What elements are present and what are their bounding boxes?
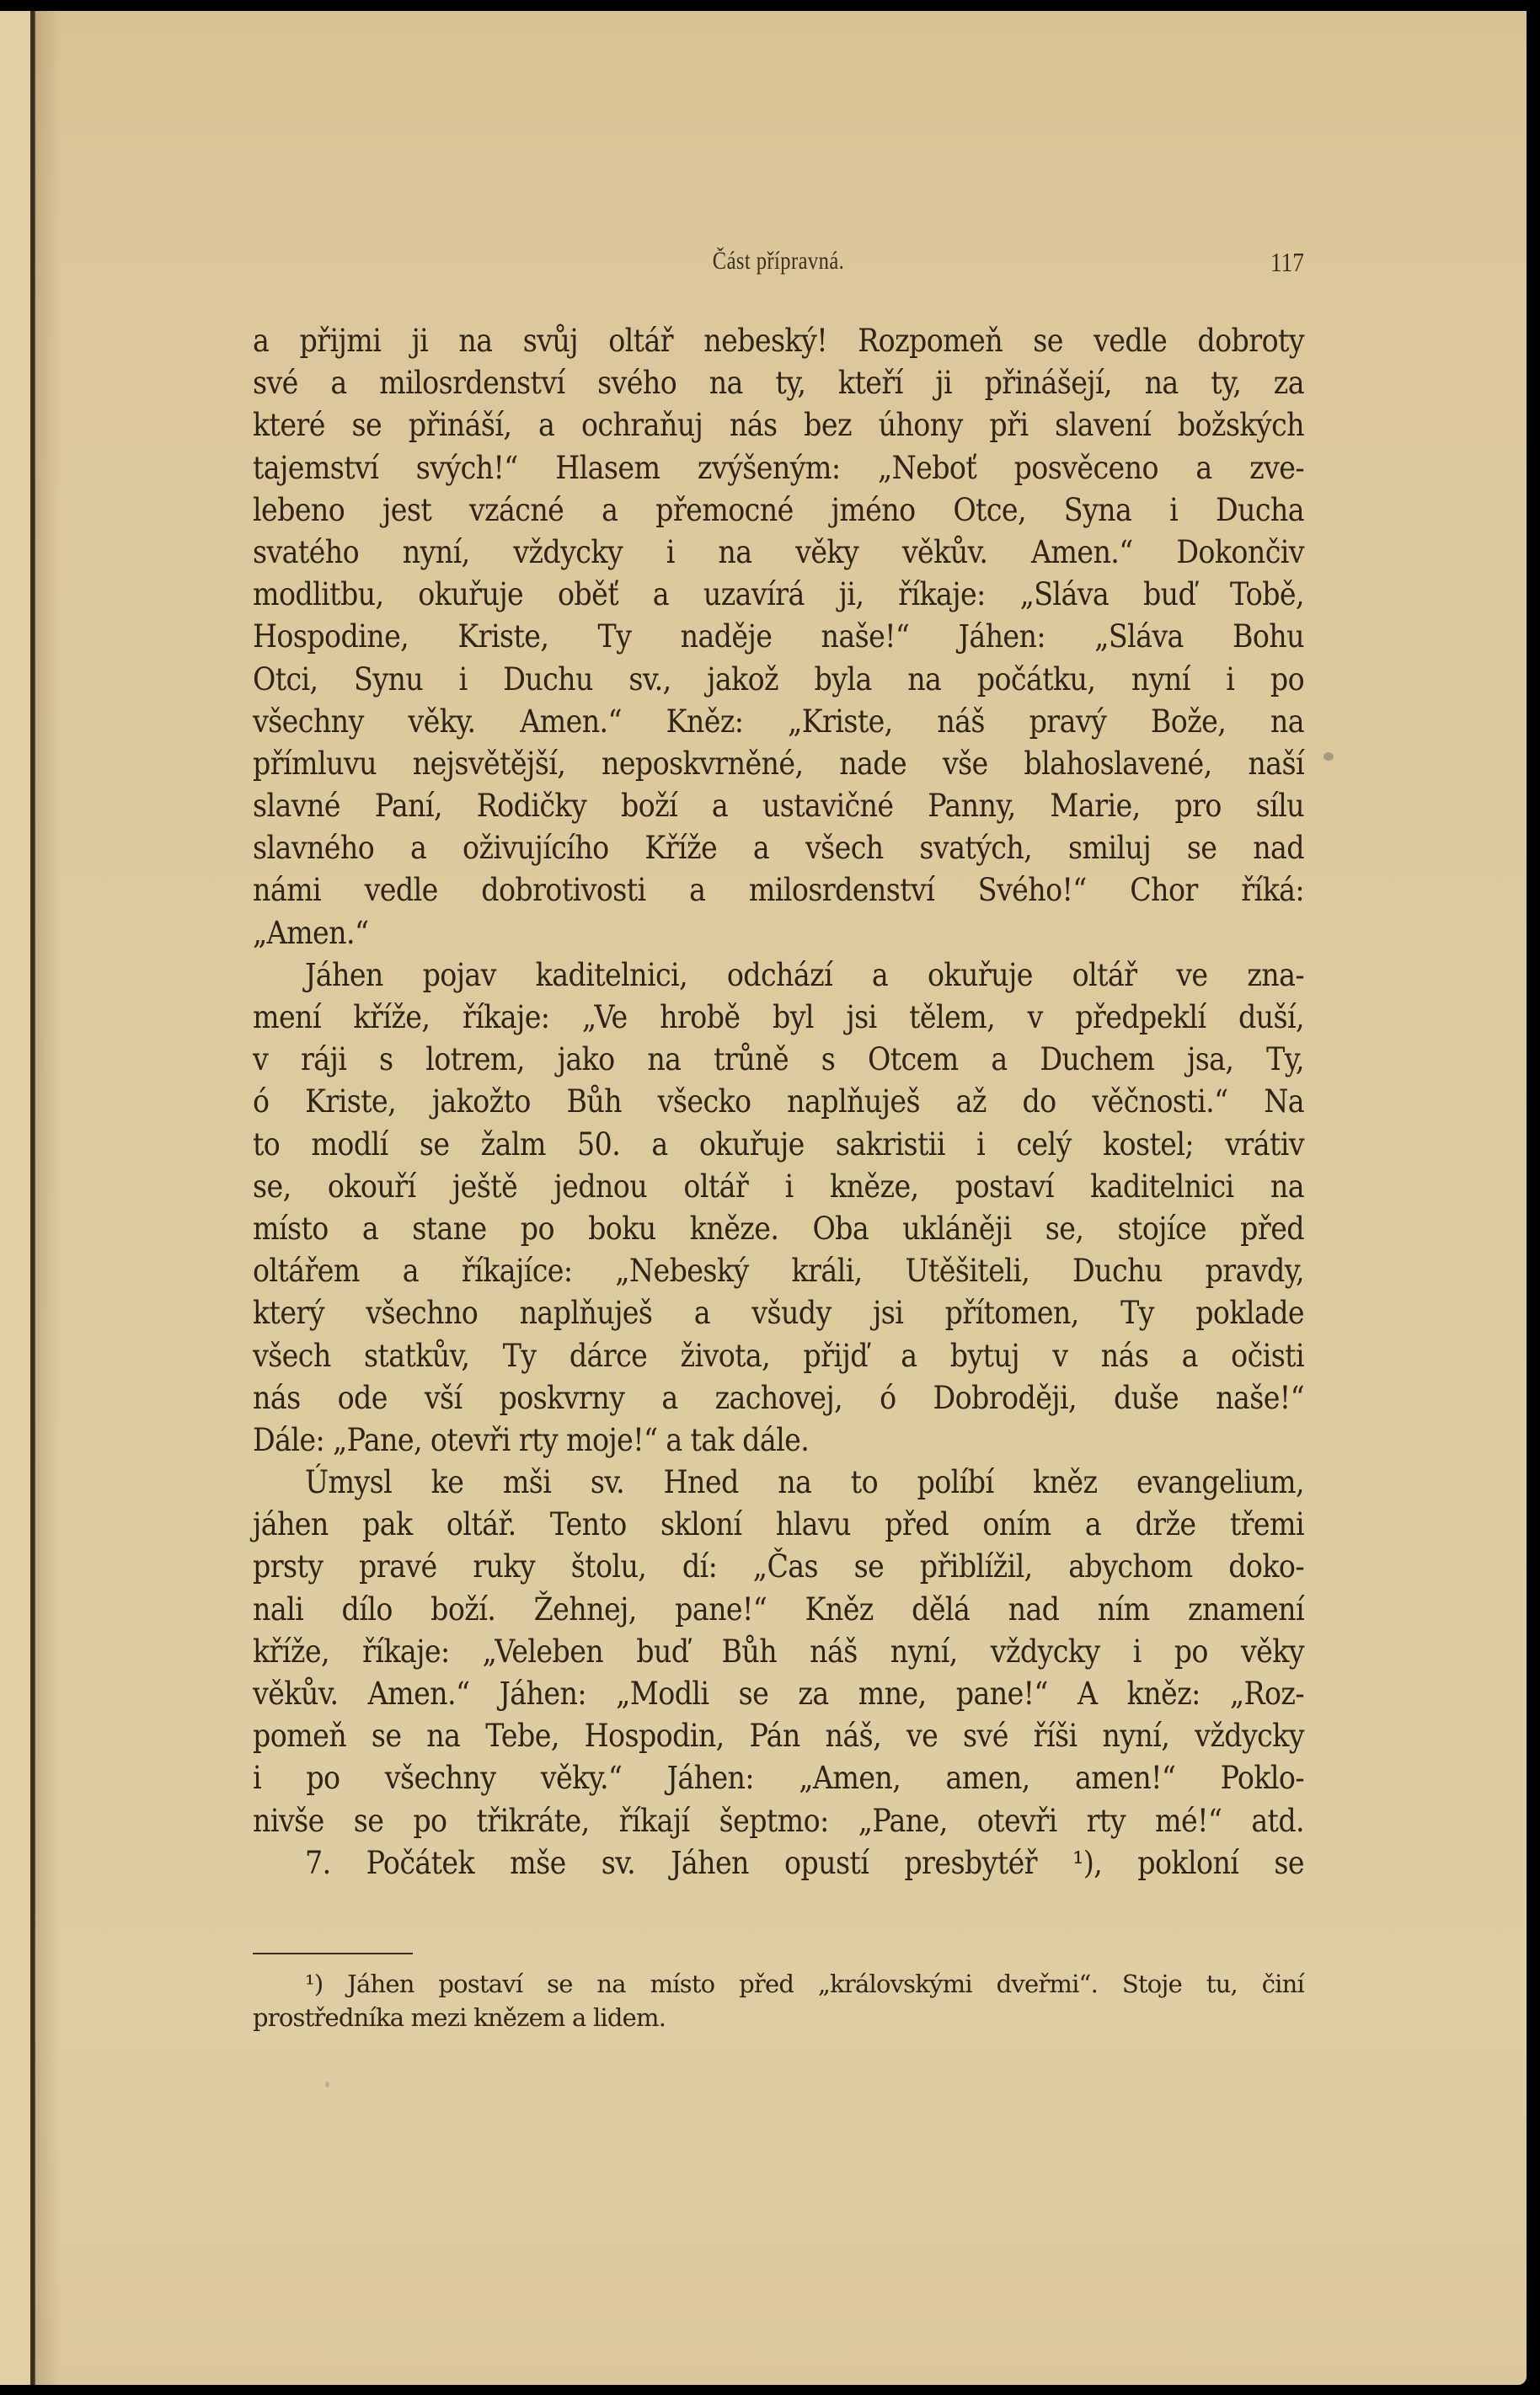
text-line: modlitbu, okuřuje oběť a uzavírá ji, řík…: [253, 574, 1304, 616]
section-heading-line: 7. Počátek mše sv. Jáhen opustí presbyté…: [253, 1842, 1304, 1884]
text-line: nivše se po třikráte, říkají šeptmo: „Pa…: [253, 1800, 1304, 1842]
footnotes: ¹) Jáhen postaví se na místo před „králo…: [253, 1967, 1304, 2034]
text-line: slavné Paní, Rodičky boží a ustavičné Pa…: [253, 785, 1304, 827]
text-line: tajemství svých!“ Hlasem zvýšeným: „Nebo…: [253, 447, 1304, 489]
paper-speck: [1323, 752, 1334, 761]
text-line: který všechno naplňuješ a všudy jsi přít…: [253, 1292, 1304, 1334]
text-line: námi vedle dobrotivosti a milosrdenství …: [253, 869, 1304, 911]
body-text: a přijmi ji na svůj oltář nebeský! Rozpo…: [253, 320, 1304, 1884]
text-line: Hospodine, Kriste, Ty naděje naše!“ Jáhe…: [253, 616, 1304, 658]
text-line: i po všechny věky.“ Jáhen: „Amen, amen, …: [253, 1757, 1304, 1799]
paragraph-start: Jáhen pojav kaditelnici, odchází a okuřu…: [253, 954, 1304, 997]
text-line: slavného a oživujícího Kříže a všech sva…: [253, 827, 1304, 869]
running-head: Část přípravná. 117: [253, 247, 1304, 281]
text-line: „Amen.“: [253, 912, 1304, 954]
running-title: Část přípravná.: [347, 247, 1209, 275]
text-line: jáhen pak oltář. Tento skloní hlavu před…: [253, 1504, 1304, 1546]
text-line: v ráji s lotrem, jako na trůně s Otcem a…: [253, 1039, 1304, 1081]
text-line: nás ode vší poskvrny a zachovej, ó Dobro…: [253, 1377, 1304, 1419]
previous-page-edge: [0, 11, 30, 2385]
text-line: Dále: „Pane, otevři rty moje!“ a tak dál…: [253, 1419, 1304, 1462]
text-line: všechny věky. Amen.“ Kněz: „Kriste, náš …: [253, 701, 1304, 743]
text-line: prsty pravé ruky štolu, dí: „Čas se přib…: [253, 1546, 1304, 1588]
text-line: oltářem a říkajíce: „Nebeský králi, Utěš…: [253, 1250, 1304, 1292]
text-line: všech statkův, Ty dárce života, přijď a …: [253, 1335, 1304, 1377]
text-line: které se přináší, a ochraňuj nás bez úho…: [253, 404, 1304, 446]
paragraph-start: Úmysl ke mši sv. Hned na to políbí kněz …: [253, 1462, 1304, 1504]
text-line: kříže, říkaje: „Veleben buď Bůh náš nyní…: [253, 1631, 1304, 1673]
text-line: přímluvu nejsvětější, neposkvrněné, nade…: [253, 743, 1304, 785]
text-line: lebeno jest vzácné a přemocné jméno Otce…: [253, 489, 1304, 532]
footnote-divider: [253, 1953, 413, 1954]
text-line: věkův. Amen.“ Jáhen: „Modli se za mne, p…: [253, 1673, 1304, 1715]
footnote-line: ¹) Jáhen postaví se na místo před „králo…: [253, 1967, 1304, 2001]
text-line: Otci, Synu i Duchu sv., jakož byla na po…: [253, 659, 1304, 701]
text-line: mení kříže, říkaje: „Ve hrobě byl jsi tě…: [253, 997, 1304, 1039]
text-line: nali dílo boží. Žehnej, pane!“ Kněz dělá…: [253, 1589, 1304, 1631]
paper-speck: [325, 2082, 329, 2088]
text-line: pomeň se na Tebe, Hospodin, Pán náš, ve …: [253, 1715, 1304, 1757]
text-line: to modlí se žalm 50. a okuřuje sakristii…: [253, 1124, 1304, 1166]
text-line: ó Kriste, jakožto Bůh všecko naplňuješ a…: [253, 1081, 1304, 1123]
text-line: své a milosrdenství svého na ty, kteří j…: [253, 362, 1304, 404]
text-line: svatého nyní, vždycky i na věky věkův. A…: [253, 532, 1304, 574]
gutter-shadow: [35, 11, 61, 2385]
text-line: místo a stane po boku kněze. Oba ukláněj…: [253, 1208, 1304, 1250]
text-line: a přijmi ji na svůj oltář nebeský! Rozpo…: [253, 320, 1304, 362]
text-line: se, okouří ještě jednou oltář i kněze, p…: [253, 1166, 1304, 1208]
footnote-line: prostředníka mezi knězem a lidem.: [253, 2001, 1304, 2034]
page-number: 117: [1270, 247, 1304, 278]
